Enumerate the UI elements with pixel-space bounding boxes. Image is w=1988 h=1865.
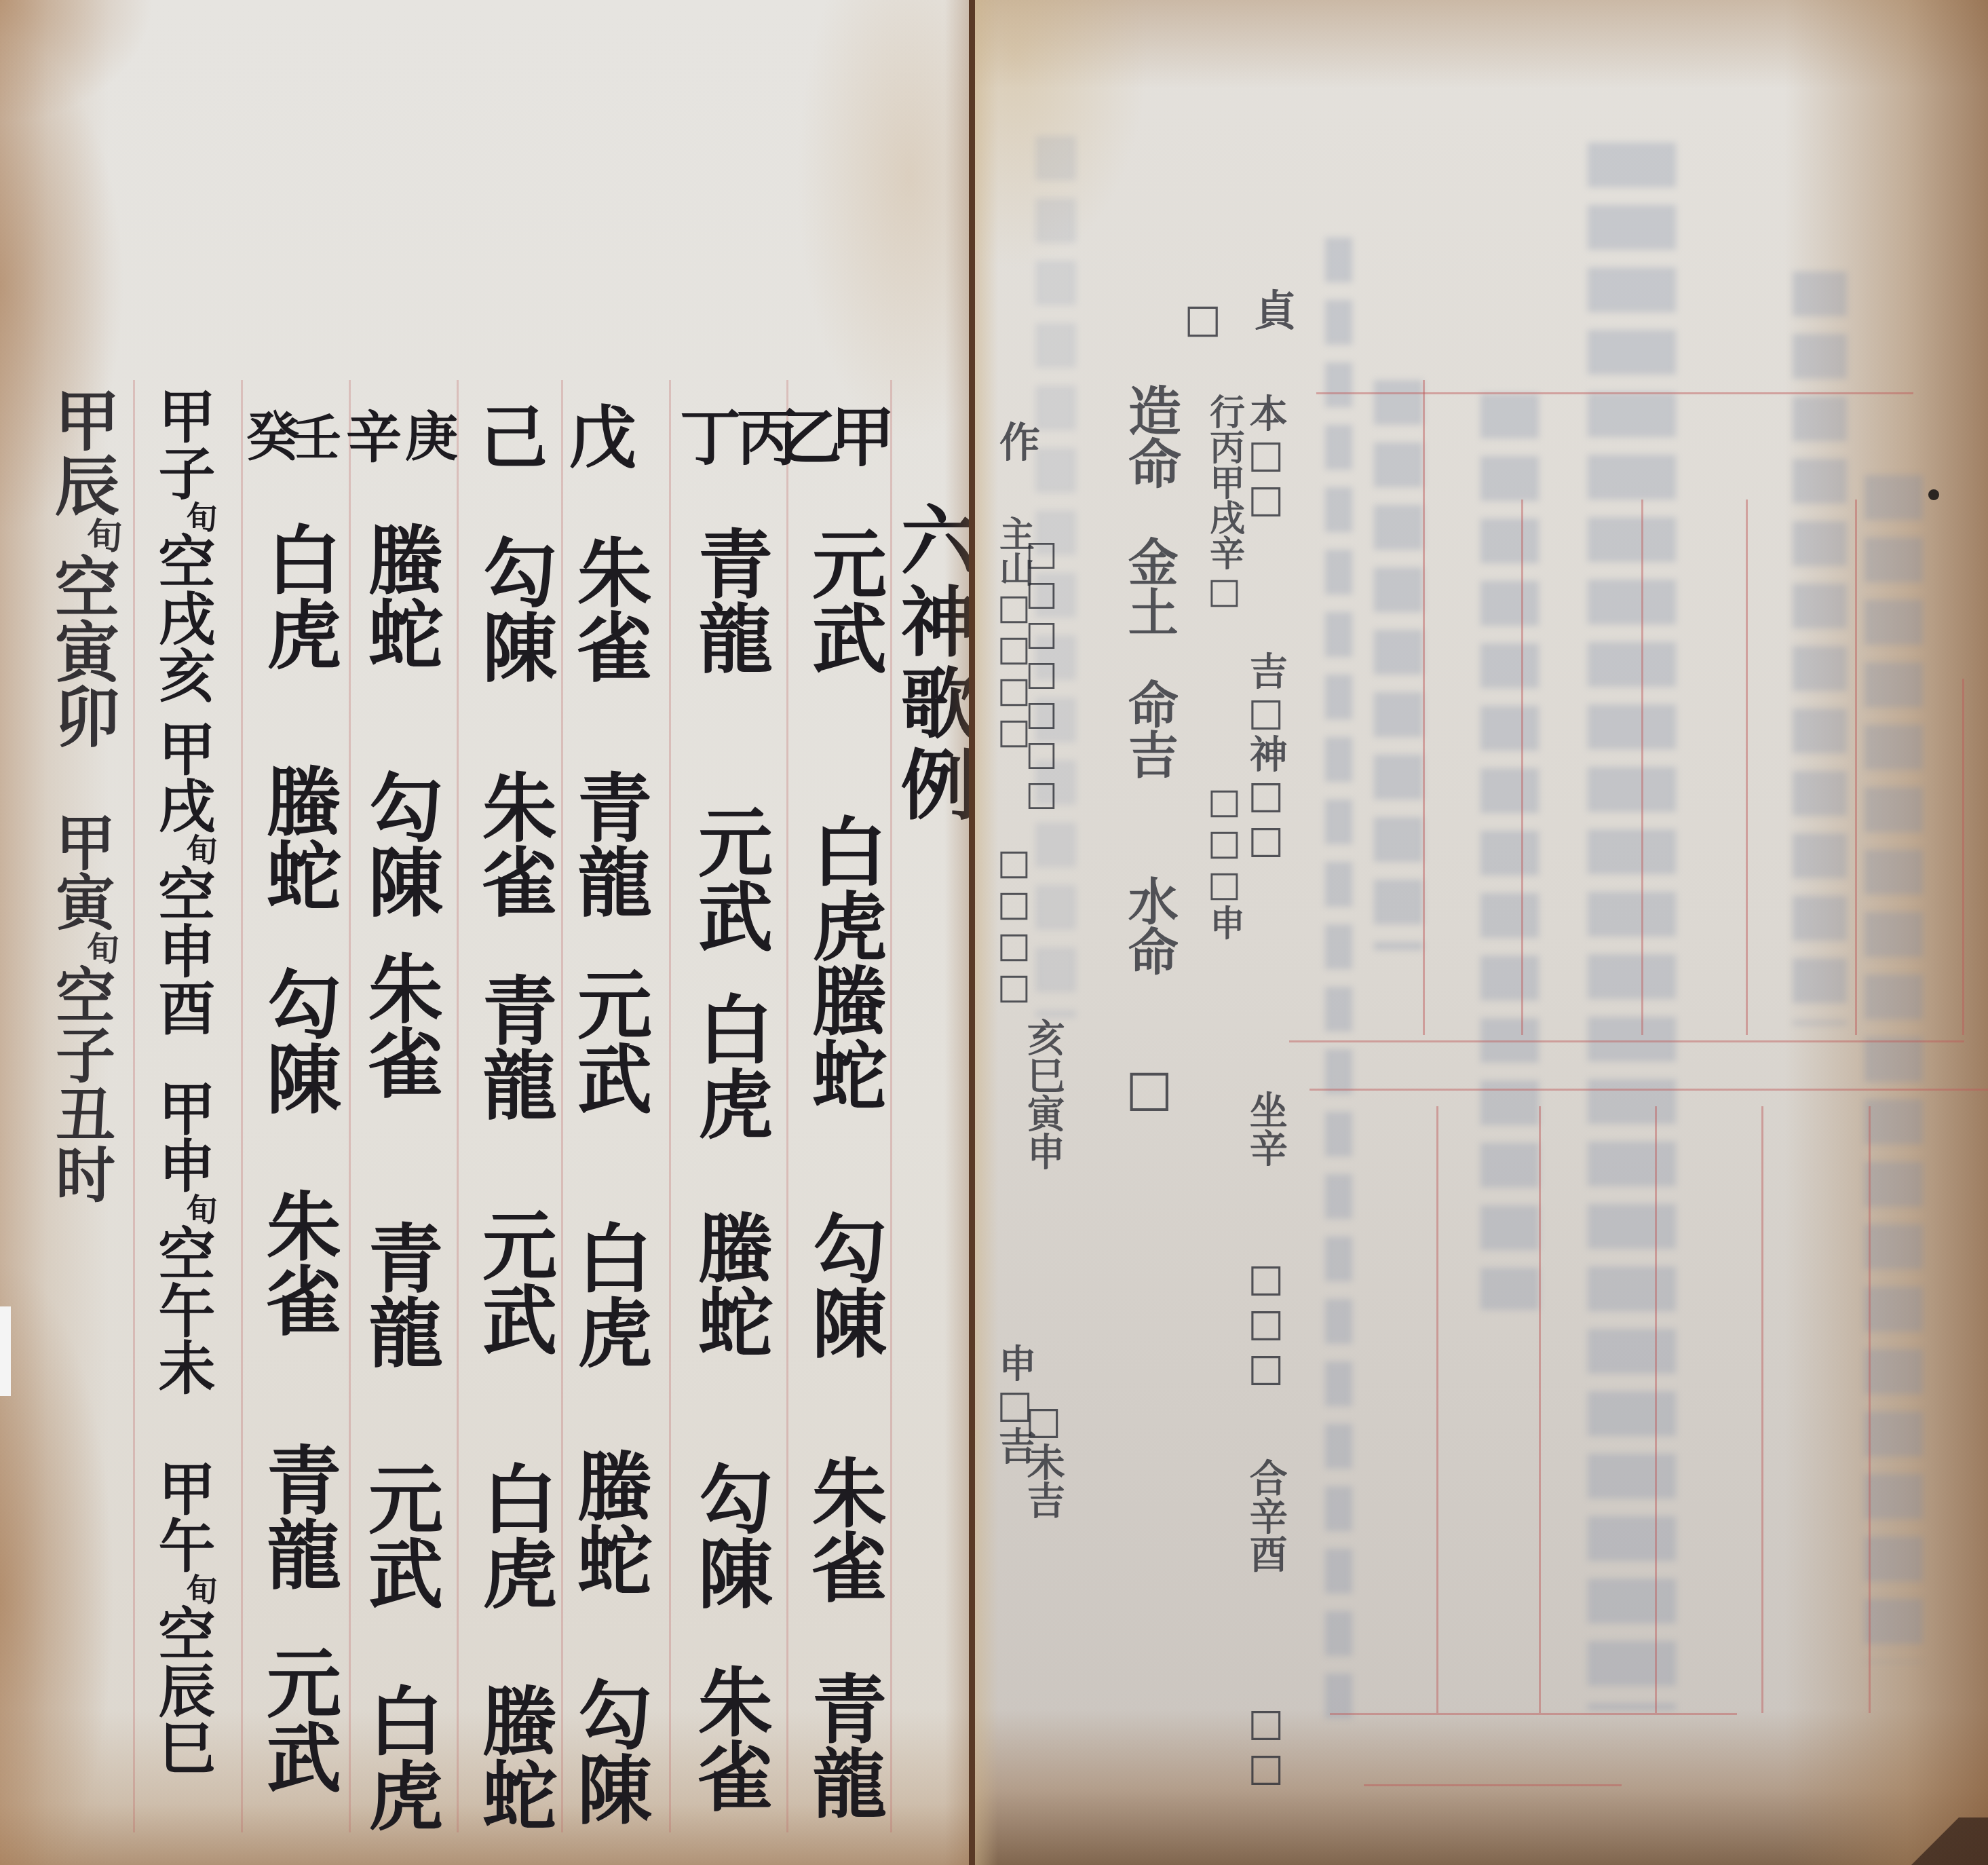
note-head: 甲子 <box>149 387 216 501</box>
bleed-through-print <box>1588 143 1676 1710</box>
note-head: 甲寅 <box>46 812 117 931</box>
note-insertion: 旬 <box>83 517 119 553</box>
bleed-through-print <box>1325 238 1352 1724</box>
spirit-entry: 勾陳 <box>362 769 437 918</box>
page-corner-shadow <box>1907 1817 1988 1865</box>
handwritten-segment: 命吉 <box>1122 679 1175 779</box>
book-spine <box>969 0 975 1865</box>
spirit-entry: 白虎 <box>362 1682 437 1832</box>
spirit-entry: 元武 <box>261 1644 335 1794</box>
note-head: 甲午 <box>149 1459 216 1573</box>
spirit-entry: 螣蛇 <box>571 1448 646 1597</box>
note-insertion: 旬 <box>83 931 115 964</box>
note-tail: 空子丑时 <box>46 964 117 1203</box>
right-page: 貞 □ 本□□ 吉□神□□ 坐辛 □□□ 合辛酉 □□ 行丙甲戌辛□ □□□申 … <box>974 0 1988 1865</box>
spirit-entry: 勾陳 <box>571 1676 646 1826</box>
page-edge-gap <box>0 1306 11 1396</box>
table-rule <box>1641 500 1643 1035</box>
xun-kong-note: 甲戌旬空申酉 <box>154 719 211 1036</box>
bleed-through-print <box>1865 475 1923 1663</box>
spirit-entry: 青龍 <box>476 972 551 1121</box>
note-insertion: 旬 <box>184 833 215 865</box>
ruling-line <box>349 380 351 1832</box>
spirit-entry: 勾陳 <box>806 1210 881 1359</box>
handwritten-segment: 主山□□□□ <box>995 516 1032 752</box>
bleed-through-print <box>1480 394 1539 1310</box>
table-rule <box>1289 1040 1964 1042</box>
spirit-entry: 螣蛇 <box>362 521 437 671</box>
spirit-entry: 朱雀 <box>571 534 646 683</box>
spirit-entry: 白虎 <box>476 1461 551 1610</box>
table-rule <box>1655 1106 1657 1713</box>
handwritten-segment: 水命 <box>1122 875 1175 976</box>
spirit-entry: 朱雀 <box>261 1188 335 1337</box>
table-rule <box>1316 392 1913 394</box>
xun-kong-note: 甲子旬空戌亥 <box>154 387 211 703</box>
table-rule <box>1855 500 1857 1035</box>
spirit-entry: 白虎 <box>571 1220 646 1369</box>
spirit-entry: 螣蛇 <box>261 763 335 912</box>
xun-kong-note: 甲申旬空午未 <box>154 1079 211 1395</box>
handwritten-segment: □ <box>1122 1059 1175 1117</box>
xun-kong-note: 甲辰旬空寅卯 <box>50 387 115 749</box>
spirit-entry: 青龍 <box>362 1220 437 1369</box>
spirit-entry: 朱雀 <box>476 769 551 918</box>
table-rule <box>1310 1089 1988 1091</box>
stem-ji: 己 <box>480 404 548 472</box>
note-head: 甲辰 <box>44 387 121 517</box>
handwritten-segment: 吉□神□□ <box>1246 652 1286 862</box>
xun-kong-note: 甲午旬空辰巳 <box>154 1459 211 1775</box>
spirit-entry: 元武 <box>362 1461 437 1610</box>
spine-edge <box>975 0 998 1865</box>
handwritten-segment: 造命 <box>1122 383 1178 489</box>
spirit-entry: 螣蛇 <box>476 1682 551 1832</box>
spirit-entry: 白虎 <box>261 521 335 671</box>
stem-ren: 壬 <box>292 413 341 462</box>
table-rule <box>1962 679 1964 1035</box>
note-tail: 空午未 <box>149 1224 216 1395</box>
left-page: 六神歌例 甲 乙 丙 丁 戊 己 庚 辛 壬 癸 元武 白虎 螣蛇 勾陳 朱雀 … <box>0 0 972 1865</box>
note-insertion: 旬 <box>184 1193 215 1224</box>
table-rule <box>1761 1106 1763 1713</box>
note-tail: 空申酉 <box>149 865 216 1036</box>
spirit-entry: 勾陳 <box>476 534 551 683</box>
spirit-entry: 青龍 <box>806 1670 881 1820</box>
manuscript-spread: 六神歌例 甲 乙 丙 丁 戊 己 庚 辛 壬 癸 元武 白虎 螣蛇 勾陳 朱雀 … <box>0 0 1988 1865</box>
spirit-entry: 元武 <box>806 525 881 675</box>
spirit-entry: 勾陳 <box>261 966 335 1115</box>
stem-bing: 丙 <box>737 407 798 468</box>
spirit-entry: 白虎 <box>692 991 767 1140</box>
stem-gui: 癸 <box>246 411 299 464</box>
spirit-entry: 勾陳 <box>692 1461 767 1610</box>
handwritten-segment: □□□申 <box>1205 780 1242 940</box>
note-head: 甲戌 <box>149 719 216 833</box>
top-note-char: 貞 <box>1250 288 1294 331</box>
xun-kong-note: 甲寅旬空子丑时 <box>52 812 111 1203</box>
bleed-through-print <box>1374 380 1423 950</box>
note-insertion: 旬 <box>184 501 215 532</box>
note-insertion: 旬 <box>184 1573 215 1604</box>
handwritten-segment: 金土 <box>1122 536 1175 637</box>
stem-ding: 丁 <box>680 407 741 468</box>
table-rule <box>1423 380 1425 1035</box>
handwritten-segment: 行丙甲戌辛□ <box>1205 394 1242 611</box>
spirit-entry: 螣蛇 <box>806 962 881 1112</box>
spirit-entry: 元武 <box>476 1207 551 1356</box>
handwritten-segment: □□□ <box>1246 1256 1286 1390</box>
table-rule <box>1364 1784 1622 1786</box>
ruling-line <box>669 380 671 1832</box>
stem-geng: 庚 <box>405 411 458 464</box>
handwritten-segment: 亥巳寅申 <box>1023 1018 1063 1170</box>
handwritten-segment: 申□吉 <box>995 1344 1035 1465</box>
note-tail: 空辰巳 <box>149 1604 216 1775</box>
ruling-line <box>457 380 459 1832</box>
spirit-entry: 青龍 <box>692 525 767 675</box>
spirit-entry: 朱雀 <box>362 950 437 1099</box>
stem-xin: 辛 <box>346 410 402 466</box>
spirit-entry: 螣蛇 <box>692 1209 767 1359</box>
top-note-char: □ <box>1182 295 1223 341</box>
ruling-line <box>133 380 135 1832</box>
ink-spot <box>1928 489 1939 500</box>
ruling-line <box>786 380 788 1832</box>
spirit-entry: 青龍 <box>571 769 646 918</box>
table-rule <box>1869 1106 1871 1713</box>
handwritten-segment: 坐辛 <box>1246 1091 1286 1167</box>
table-rule <box>1539 1106 1541 1713</box>
handwritten-segment: 作 <box>995 421 1037 461</box>
bleed-through-print <box>1793 271 1847 1025</box>
table-rule <box>1521 500 1523 1035</box>
spine-shadow <box>944 0 972 1865</box>
ruling-line <box>241 380 243 1832</box>
table-rule <box>1436 1106 1438 1713</box>
note-tail: 空戌亥 <box>149 532 216 703</box>
spirit-entry: 朱雀 <box>692 1663 767 1813</box>
table-rule <box>1746 500 1748 1035</box>
handwritten-segment: 合辛酉 <box>1246 1458 1286 1572</box>
handwritten-segment: □□ <box>1246 1700 1286 1790</box>
spirit-entry: 朱雀 <box>806 1454 881 1604</box>
note-tail: 空寅卯 <box>44 553 121 749</box>
spirit-entry: 白虎 <box>806 813 881 962</box>
ruling-line <box>561 380 563 1832</box>
stem-wu: 戊 <box>569 404 636 472</box>
handwritten-segment: □□□□ <box>995 842 1032 1007</box>
table-rule <box>1330 1713 1737 1715</box>
spirit-entry: 元武 <box>692 804 767 953</box>
note-head: 甲申 <box>149 1079 216 1193</box>
spirit-entry: 青龍 <box>261 1442 335 1591</box>
handwritten-segment: 本□□ <box>1246 394 1286 521</box>
spirit-entry: 元武 <box>571 966 646 1115</box>
